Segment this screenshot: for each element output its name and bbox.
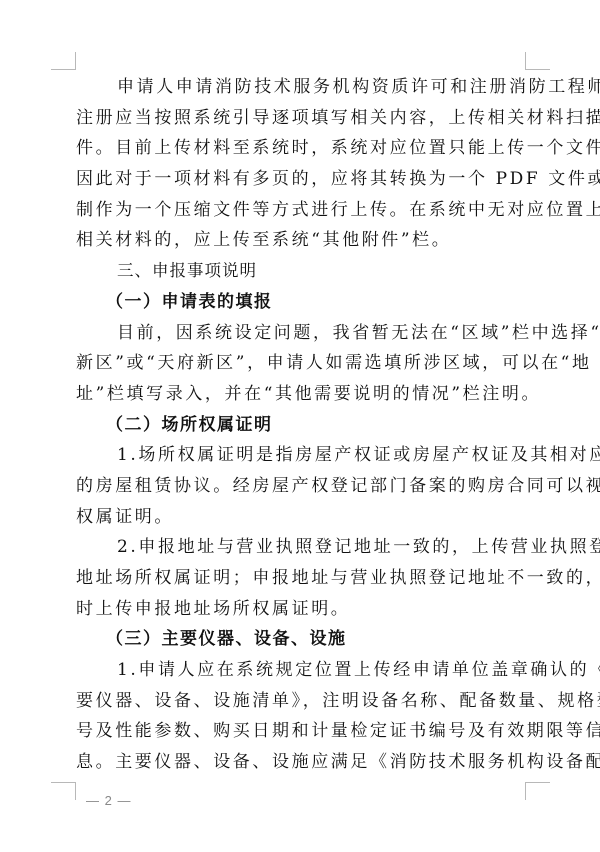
paragraph-line: 时上传申报地址场所权属证明。 <box>76 594 526 625</box>
subsection-heading: （一）申请表的填报 <box>76 287 526 318</box>
paragraph-line: 地址场所权属证明；申报地址与营业执照登记地址不一致的，同 <box>76 563 526 594</box>
subsection-heading: （三）主要仪器、设备、设施 <box>76 624 526 655</box>
paragraph-line: 制作为一个压缩文件等方式进行上传。在系统中无对应位置上传 <box>76 195 526 226</box>
document-page-body: 申请人申请消防技术服务机构资质许可和注册消防工程师注册应当按照系统引导逐项填写相… <box>76 72 526 778</box>
paragraph-line: 权属证明。 <box>76 502 526 533</box>
margin-mark-bottom-left <box>51 782 76 800</box>
margin-mark-bottom-right <box>525 782 550 800</box>
paragraph-line: 因此对于一项材料有多页的，应将其转换为一个 PDF 文件或打包 <box>76 164 526 195</box>
paragraph-line: 1.申请人应在系统规定位置上传经申请单位盖章确认的《主 <box>76 655 526 686</box>
paragraph-line: 要仪器、设备、设施清单》，注明设备名称、配备数量、规格型 <box>76 686 526 717</box>
paragraph-line: 的房屋租赁协议。经房屋产权登记部门备案的购房合同可以视为 <box>76 471 526 502</box>
paragraph-line: 新区”或“天府新区”，申请人如需选填所涉区域，可以在“地 <box>76 348 526 379</box>
paragraph-line: 号及性能参数、购买日期和计量检定证书编号及有效期限等信 <box>76 716 526 747</box>
margin-mark-top-left <box>51 52 76 70</box>
section-heading: 三、申报事项说明 <box>76 256 526 287</box>
paragraph-line: 相关材料的，应上传至系统“其他附件”栏。 <box>76 225 526 256</box>
paragraph-line: 址”栏填写录入，并在“其他需要说明的情况”栏注明。 <box>76 379 526 410</box>
page-number: — 2 — <box>86 793 131 808</box>
paragraph-line: 申请人申请消防技术服务机构资质许可和注册消防工程师 <box>76 72 526 103</box>
subsection-heading: （二）场所权属证明 <box>76 410 526 441</box>
paragraph-line: 注册应当按照系统引导逐项填写相关内容，上传相关材料扫描 <box>76 103 526 134</box>
paragraph-line: 2.申报地址与营业执照登记地址一致的，上传营业执照登记 <box>76 532 526 563</box>
paragraph-line: 1.场所权属证明是指房屋产权证或房屋产权证及其相对应 <box>76 440 526 471</box>
margin-mark-top-right <box>525 52 550 70</box>
paragraph-line: 目前，因系统设定问题，我省暂无法在“区域”栏中选择“高 <box>76 318 526 349</box>
paragraph-line: 息。主要仪器、设备、设施应满足《消防技术服务机构设备配备》 <box>76 747 526 778</box>
paragraph-line: 件。目前上传材料至系统时，系统对应位置只能上传一个文件， <box>76 133 526 164</box>
